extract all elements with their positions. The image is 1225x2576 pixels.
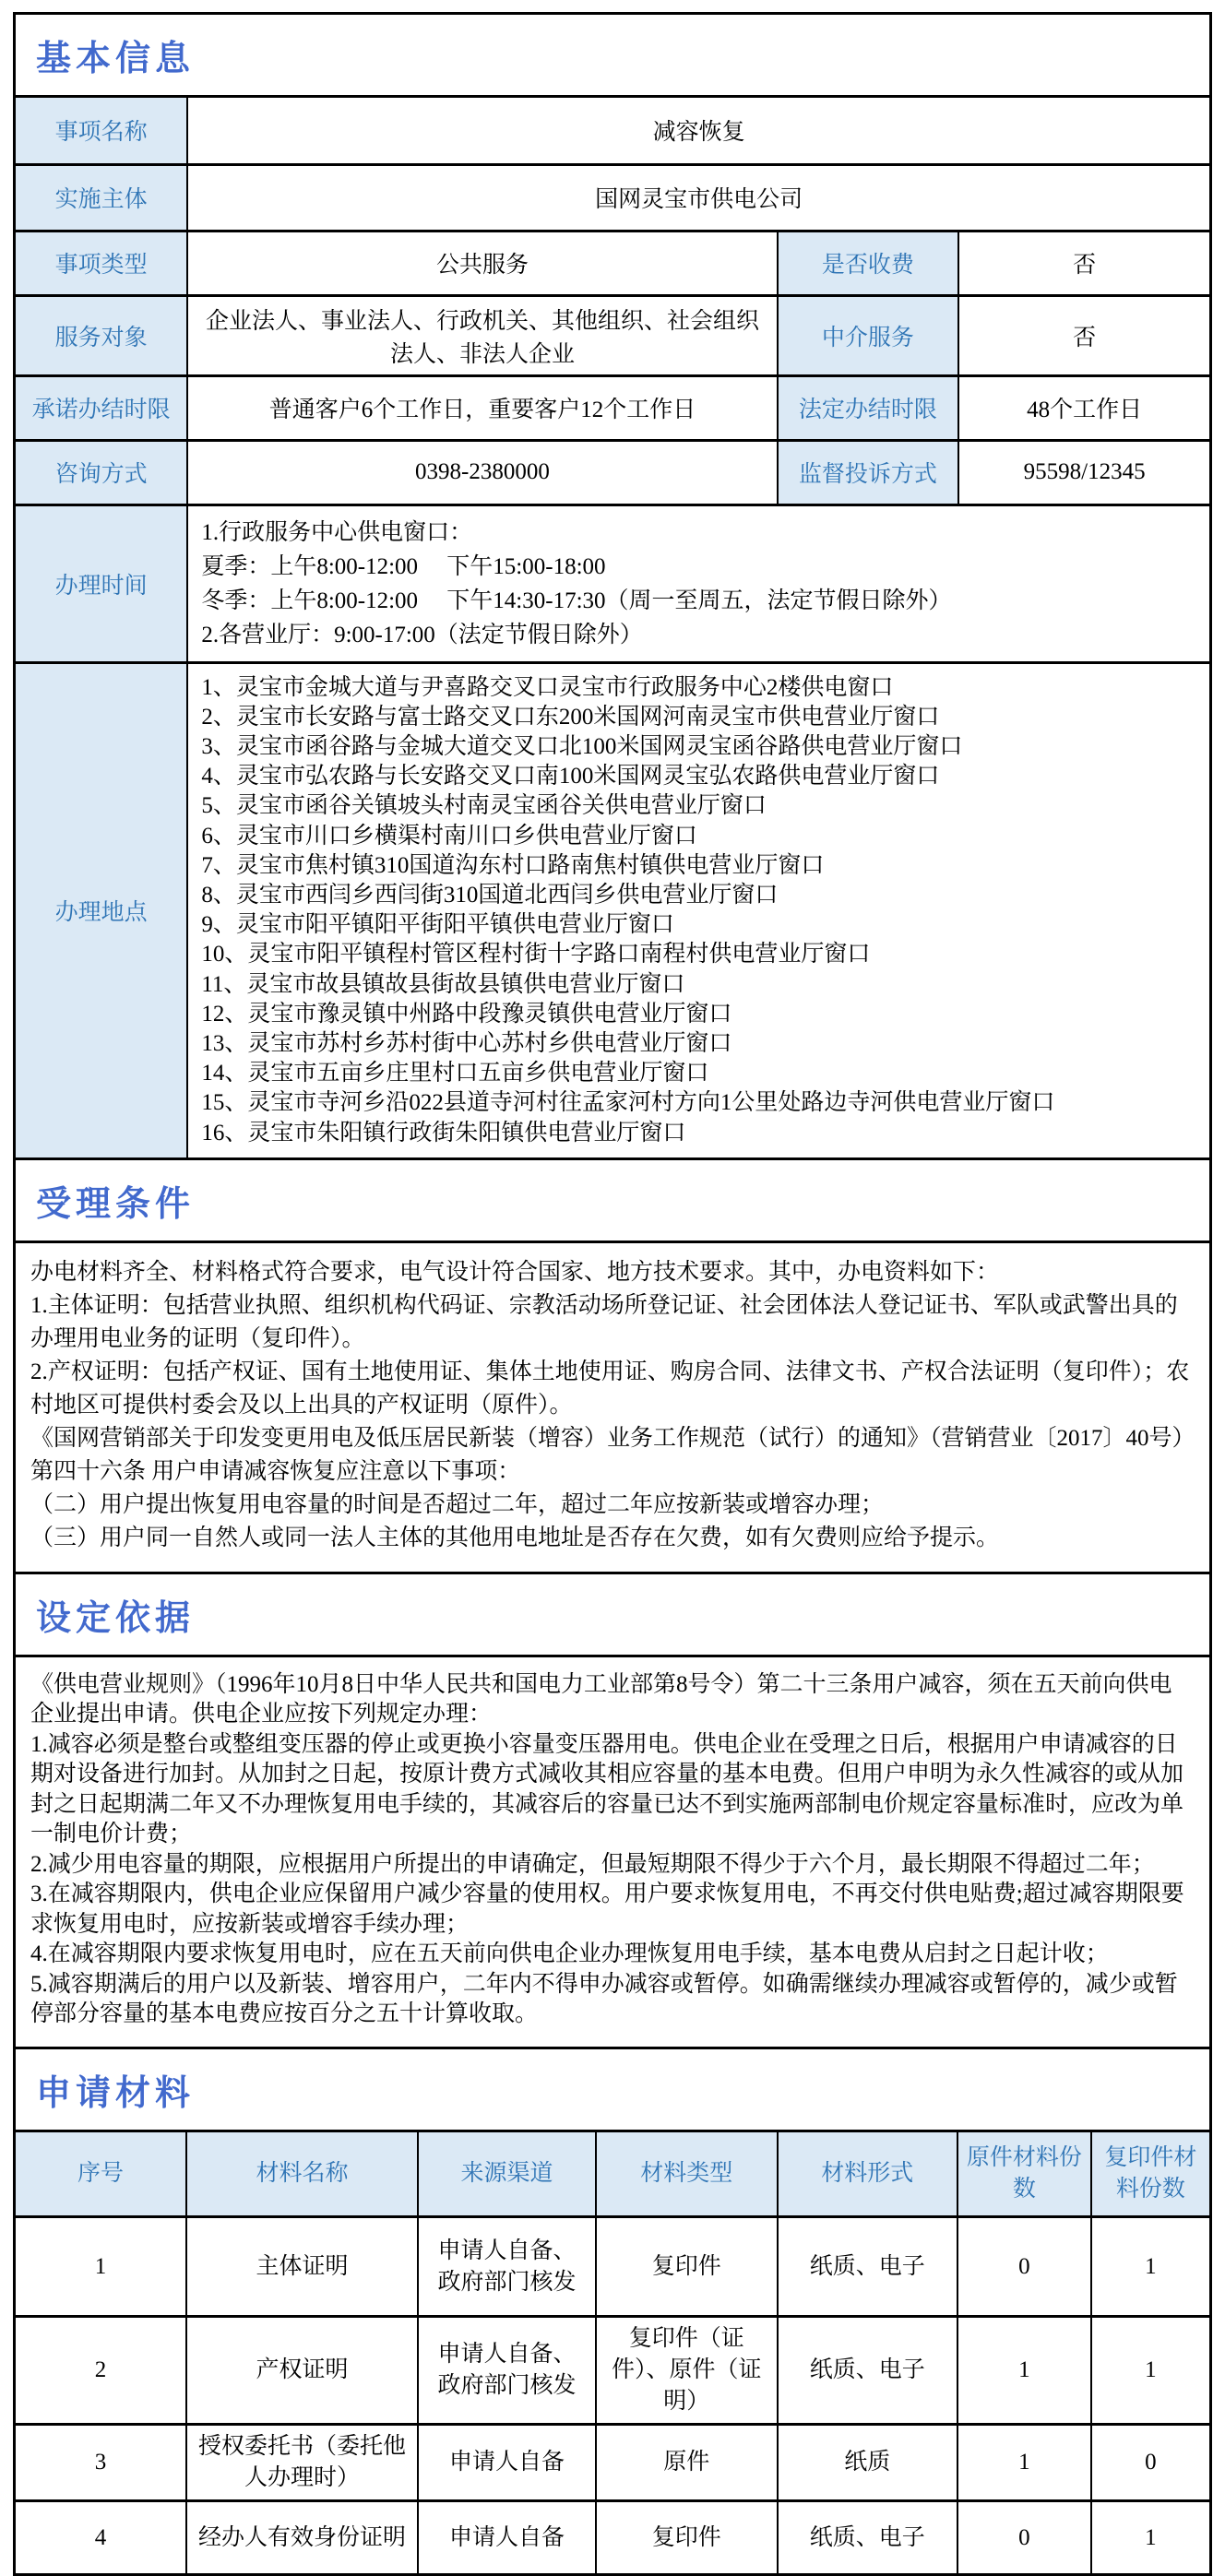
row-implementer: 实施主体 国网灵宝市供电公司 bbox=[16, 164, 1209, 231]
cell-original-copies: 0 bbox=[957, 2501, 1091, 2573]
consult-label: 咨询方式 bbox=[16, 440, 187, 505]
cell-material-form: 纸质、电子 bbox=[778, 2317, 957, 2425]
materials-row: 1 主体证明 申请人自备、政府部门核发 复印件 纸质、电子 0 1 bbox=[16, 2217, 1209, 2317]
row-promised-time: 承诺办结时限 普通客户6个工作日，重要客户12个工作日 法定办结时限 48个工作… bbox=[16, 375, 1209, 440]
location-item: 14、灵宝市五亩乡庄里村口五亩乡供电营业厅窗口 bbox=[201, 1059, 1196, 1088]
materials-row: 3 授权委托书（委托他人办理时） 申请人自备 原件 纸质 1 0 bbox=[16, 2425, 1209, 2501]
cell-source-channel: 申请人自备、政府部门核发 bbox=[418, 2317, 596, 2425]
row-item-name: 事项名称 减容恢复 bbox=[16, 98, 1209, 164]
header-seq: 序号 bbox=[16, 2132, 186, 2217]
charge-value: 否 bbox=[958, 231, 1209, 295]
cell-seq: 3 bbox=[16, 2425, 186, 2501]
location-item: 15、灵宝市寺河乡沿022县道寺河村往孟家河村方向1公里处路边寺河供电营业厅窗口 bbox=[201, 1088, 1196, 1118]
cell-material-type: 原件 bbox=[596, 2425, 778, 2501]
cell-material-form: 纸质、电子 bbox=[778, 2217, 957, 2317]
location-item: 10、灵宝市阳平镇程村管区程村街十字路口南程村供电营业厅窗口 bbox=[201, 940, 1196, 969]
hours-line: 冬季：上午8:00-12:00 下午14:30-17:30（周一至周五，法定节假… bbox=[201, 584, 1196, 618]
cell-seq: 2 bbox=[16, 2317, 186, 2425]
complaint-label: 监督投诉方式 bbox=[778, 440, 959, 505]
acceptance-paragraph: （三）用户同一自然人或同一法人主体的其他用电地址是否存在欠费，如有欠费则应给予提… bbox=[30, 1522, 1195, 1555]
section-title-acceptance-conditions: 受理条件 bbox=[16, 1157, 1209, 1243]
acceptance-paragraph: （二）用户提出恢复用电容量的时间是否超过二年，超过二年应按新装或增容办理； bbox=[30, 1489, 1195, 1522]
cell-seq: 1 bbox=[16, 2217, 186, 2317]
acceptance-paragraph: 2.产权证明：包括产权证、国有土地使用证、集体土地使用证、购房合同、法律文书、产… bbox=[30, 1356, 1195, 1422]
header-material-type: 材料类型 bbox=[596, 2132, 778, 2217]
charge-label: 是否收费 bbox=[778, 231, 959, 295]
cell-material-form: 纸质 bbox=[778, 2425, 957, 2501]
header-source-channel: 来源渠道 bbox=[418, 2132, 596, 2217]
intermediary-value: 否 bbox=[958, 295, 1209, 375]
service-item-document: 基本信息 事项名称 减容恢复 实施主体 国网灵宝市供电公司 事项类型 公共服务 … bbox=[13, 12, 1212, 2576]
implementer-label: 实施主体 bbox=[16, 164, 187, 231]
cell-photocopy-copies: 1 bbox=[1091, 2317, 1209, 2425]
cell-material-name: 授权委托书（委托他人办理时） bbox=[186, 2425, 418, 2501]
cell-original-copies: 0 bbox=[957, 2217, 1091, 2317]
header-material-form: 材料形式 bbox=[778, 2132, 957, 2217]
location-item: 13、灵宝市苏村乡苏村街中心苏村乡供电营业厅窗口 bbox=[201, 1029, 1196, 1059]
service-target-value: 企业法人、事业法人、行政机关、其他组织、社会组织法人、非法人企业 bbox=[187, 295, 777, 375]
row-service-target: 服务对象 企业法人、事业法人、行政机关、其他组织、社会组织法人、非法人企业 中介… bbox=[16, 295, 1209, 375]
basis-paragraph: 2.减少用电容量的期限，应根据用户所提出的申请确定，但最短期限不得少于六个月，最… bbox=[30, 1850, 1195, 1881]
section-title-basic-info: 基本信息 bbox=[16, 15, 1209, 98]
hours-value: 1.行政服务中心供电窗口： 夏季：上午8:00-12:00 下午15:00-18… bbox=[187, 505, 1209, 662]
cell-material-name: 产权证明 bbox=[186, 2317, 418, 2425]
row-item-type: 事项类型 公共服务 是否收费 否 bbox=[16, 231, 1209, 295]
location-item: 6、灵宝市川口乡横渠村南川口乡供电营业厅窗口 bbox=[201, 822, 1196, 851]
cell-material-name: 经办人有效身份证明 bbox=[186, 2501, 418, 2573]
cell-source-channel: 申请人自备、政府部门核发 bbox=[418, 2217, 596, 2317]
acceptance-paragraph: 办电材料齐全、材料格式符合要求，电气设计符合国家、地方技术要求。其中，办电资料如… bbox=[30, 1256, 1195, 1289]
hours-line: 1.行政服务中心供电窗口： bbox=[201, 516, 1196, 550]
cell-seq: 4 bbox=[16, 2501, 186, 2573]
cell-photocopy-copies: 1 bbox=[1091, 2217, 1209, 2317]
cell-material-name: 主体证明 bbox=[186, 2217, 418, 2317]
location-item: 4、灵宝市弘农路与长安路交叉口南100米国网灵宝弘农路供电营业厅窗口 bbox=[201, 762, 1196, 791]
basis-paragraph: 4.在减容期限内要求恢复用电时，应在五天前向供电企业办理恢复用电手续，基本电费从… bbox=[30, 1940, 1195, 1970]
implementer-value: 国网灵宝市供电公司 bbox=[187, 164, 1209, 231]
item-type-value: 公共服务 bbox=[187, 231, 777, 295]
location-item: 12、灵宝市豫灵镇中州路中段豫灵镇供电营业厅窗口 bbox=[201, 1000, 1196, 1029]
header-material-name: 材料名称 bbox=[186, 2132, 418, 2217]
header-original-copies: 原件材料份数 bbox=[957, 2132, 1091, 2217]
locations-label: 办理地点 bbox=[16, 662, 187, 1157]
location-item: 5、灵宝市函谷关镇坡头村南灵宝函谷关供电营业厅窗口 bbox=[201, 791, 1196, 821]
hours-line: 夏季：上午8:00-12:00 下午15:00-18:00 bbox=[201, 550, 1196, 584]
section-title-application-materials: 申请材料 bbox=[16, 2047, 1209, 2132]
acceptance-paragraph: 1.主体证明：包括营业执照、组织机构代码证、宗教活动场所登记证、社会团体法人登记… bbox=[30, 1289, 1195, 1356]
basis-paragraph: 《供电营业规则》（1996年10月8日中华人民共和国电力工业部第8号令）第二十三… bbox=[30, 1670, 1195, 1730]
location-item: 7、灵宝市焦村镇310国道沟东村口路南焦村镇供电营业厅窗口 bbox=[201, 851, 1196, 881]
basis-paragraph: 5.减容期满后的用户以及新装、增容用户，二年内不得申办减容或暂停。如确需继续办理… bbox=[30, 1970, 1195, 2030]
cell-material-type: 复印件 bbox=[596, 2217, 778, 2317]
item-name-label: 事项名称 bbox=[16, 98, 187, 164]
cell-source-channel: 申请人自备 bbox=[418, 2425, 596, 2501]
promised-time-label: 承诺办结时限 bbox=[16, 375, 187, 440]
hours-line: 2.各营业厅：9:00-17:00（法定节假日除外） bbox=[201, 618, 1196, 652]
promised-time-value: 普通客户6个工作日，重要客户12个工作日 bbox=[187, 375, 777, 440]
location-item: 16、灵宝市朱阳镇行政街朱阳镇供电营业厅窗口 bbox=[201, 1119, 1196, 1148]
cell-material-type: 复印件 bbox=[596, 2501, 778, 2573]
basic-info-table: 事项名称 减容恢复 实施主体 国网灵宝市供电公司 事项类型 公共服务 是否收费 … bbox=[16, 98, 1209, 1157]
statutory-time-label: 法定办结时限 bbox=[778, 375, 959, 440]
legal-basis-body: 《供电营业规则》（1996年10月8日中华人民共和国电力工业部第8号令）第二十三… bbox=[16, 1657, 1209, 2047]
cell-material-form: 纸质、电子 bbox=[778, 2501, 957, 2573]
materials-header-row: 序号 材料名称 来源渠道 材料类型 材料形式 原件材料份数 复印件材料份数 bbox=[16, 2132, 1209, 2217]
row-hours: 办理时间 1.行政服务中心供电窗口： 夏季：上午8:00-12:00 下午15:… bbox=[16, 505, 1209, 662]
section-title-legal-basis: 设定依据 bbox=[16, 1572, 1209, 1657]
materials-table: 序号 材料名称 来源渠道 材料类型 材料形式 原件材料份数 复印件材料份数 1 … bbox=[16, 2132, 1209, 2573]
locations-value: 1、灵宝市金城大道与尹喜路交叉口灵宝市行政服务中心2楼供电窗口 2、灵宝市长安路… bbox=[187, 662, 1209, 1157]
cell-source-channel: 申请人自备 bbox=[418, 2501, 596, 2573]
materials-row: 2 产权证明 申请人自备、政府部门核发 复印件（证件）、原件（证明） 纸质、电子… bbox=[16, 2317, 1209, 2425]
location-item: 8、灵宝市西闫乡西闫街310国道北西闫乡供电营业厅窗口 bbox=[201, 881, 1196, 910]
hours-label: 办理时间 bbox=[16, 505, 187, 662]
service-target-label: 服务对象 bbox=[16, 295, 187, 375]
cell-original-copies: 1 bbox=[957, 2425, 1091, 2501]
cell-original-copies: 1 bbox=[957, 2317, 1091, 2425]
row-consult: 咨询方式 0398-2380000 监督投诉方式 95598/12345 bbox=[16, 440, 1209, 505]
location-item: 1、灵宝市金城大道与尹喜路交叉口灵宝市行政服务中心2楼供电窗口 bbox=[201, 673, 1196, 703]
item-name-value: 减容恢复 bbox=[187, 98, 1209, 164]
statutory-time-value: 48个工作日 bbox=[958, 375, 1209, 440]
materials-row: 4 经办人有效身份证明 申请人自备 复印件 纸质、电子 0 1 bbox=[16, 2501, 1209, 2573]
cell-photocopy-copies: 0 bbox=[1091, 2425, 1209, 2501]
header-photocopy-copies: 复印件材料份数 bbox=[1091, 2132, 1209, 2217]
basis-paragraph: 1.减容必须是整台或整组变压器的停止或更换小容量变压器用电。供电企业在受理之日后… bbox=[30, 1730, 1195, 1850]
basis-paragraph: 3.在减容期限内，供电企业应保留用户减少容量的使用权。用户要求恢复用电，不再交付… bbox=[30, 1880, 1195, 1940]
location-item: 9、灵宝市阳平镇阳平街阳平镇供电营业厅窗口 bbox=[201, 910, 1196, 940]
location-item: 2、灵宝市长安路与富士路交叉口东200米国网河南灵宝市供电营业厅窗口 bbox=[201, 703, 1196, 732]
complaint-value: 95598/12345 bbox=[958, 440, 1209, 505]
intermediary-label: 中介服务 bbox=[778, 295, 959, 375]
cell-photocopy-copies: 1 bbox=[1091, 2501, 1209, 2573]
row-locations: 办理地点 1、灵宝市金城大道与尹喜路交叉口灵宝市行政服务中心2楼供电窗口 2、灵… bbox=[16, 662, 1209, 1157]
location-item: 3、灵宝市函谷路与金城大道交叉口北100米国网灵宝函谷路供电营业厅窗口 bbox=[201, 732, 1196, 762]
consult-value: 0398-2380000 bbox=[187, 440, 777, 505]
acceptance-conditions-body: 办电材料齐全、材料格式符合要求，电气设计符合国家、地方技术要求。其中，办电资料如… bbox=[16, 1243, 1209, 1572]
location-item: 11、灵宝市故县镇故县街故县镇供电营业厅窗口 bbox=[201, 970, 1196, 1000]
cell-material-type: 复印件（证件）、原件（证明） bbox=[596, 2317, 778, 2425]
item-type-label: 事项类型 bbox=[16, 231, 187, 295]
acceptance-paragraph: 《国网营销部关于印发变更用电及低压居民新装（增容）业务工作规范（试行）的通知》（… bbox=[30, 1422, 1195, 1489]
